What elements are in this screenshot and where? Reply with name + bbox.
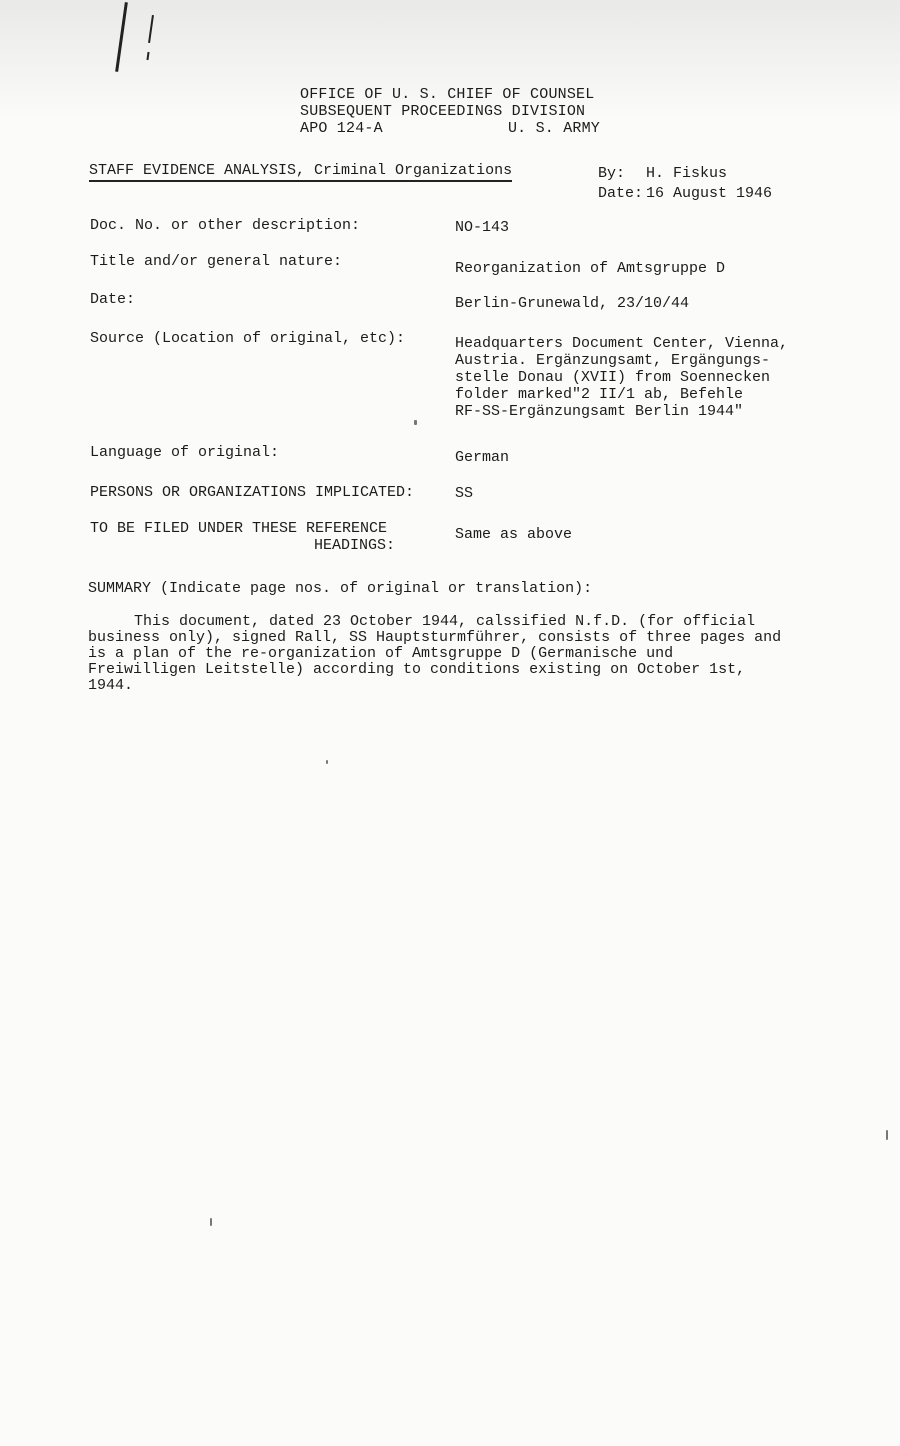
source-line: Austria. Ergänzungsamt, Ergängungs- [455,352,805,369]
source-line: Headquarters Document Center, Vienna, [455,335,805,352]
army-label: U. S. ARMY [508,120,600,137]
date-field-value: Berlin-Grunewald, 23/10/44 [455,295,689,312]
analysis-date: 16 August 1946 [646,185,772,202]
analysis-title: STAFF EVIDENCE ANALYSIS, Criminal Organi… [89,162,512,182]
persons-value: SS [455,485,473,502]
title-label: Title and/or general nature: [90,253,342,270]
source-line: folder marked"2 II/1 ab, Befehle [455,386,805,403]
scan-speck [414,420,417,425]
by-label: By: [598,164,646,184]
persons-label: PERSONS OR ORGANIZATIONS IMPLICATED: [90,484,414,501]
source-label: Source (Location of original, etc): [90,330,405,347]
byline: By:H. Fiskus Date:16 August 1946 [598,164,772,204]
header-line-2: SUBSEQUENT PROCEEDINGS DIVISION [300,103,600,120]
author: H. Fiskus [646,165,727,182]
header-line-1: OFFICE OF U. S. CHIEF OF COUNSEL [300,86,600,103]
filed-under-label-line1: TO BE FILED UNDER THESE REFERENCE [90,520,387,537]
document-page: OFFICE OF U. S. CHIEF OF COUNSEL SUBSEQU… [0,0,900,1446]
office-header: OFFICE OF U. S. CHIEF OF COUNSEL SUBSEQU… [300,86,600,137]
title-value: Reorganization of Amtsgruppe D [455,260,725,277]
filed-under-label: TO BE FILED UNDER THESE REFERENCE HEADIN… [90,520,395,554]
source-value: Headquarters Document Center, Vienna, Au… [455,335,805,420]
language-value: German [455,449,509,466]
summary-label: SUMMARY (Indicate page nos. of original … [88,580,592,597]
source-line: stelle Donau (XVII) from Soennecken [455,369,805,386]
date-label: Date: [598,184,646,204]
summary-body: This document, dated 23 October 1944, ca… [88,614,788,694]
scan-speck [326,760,328,764]
apo-number: APO 124-A [300,120,383,137]
filed-under-label-line2: HEADINGS: [90,537,395,554]
date-field-label: Date: [90,291,135,308]
scan-speck [886,1130,888,1140]
language-label: Language of original: [90,444,279,461]
header-line-3: APO 124-A U. S. ARMY [300,120,600,137]
doc-no-label: Doc. No. or other description: [90,217,360,234]
source-line: RF-SS-Ergänzungsamt Berlin 1944" [455,403,805,420]
doc-no-value: NO-143 [455,219,509,236]
filed-under-value: Same as above [455,526,572,543]
scan-speck [210,1218,212,1226]
